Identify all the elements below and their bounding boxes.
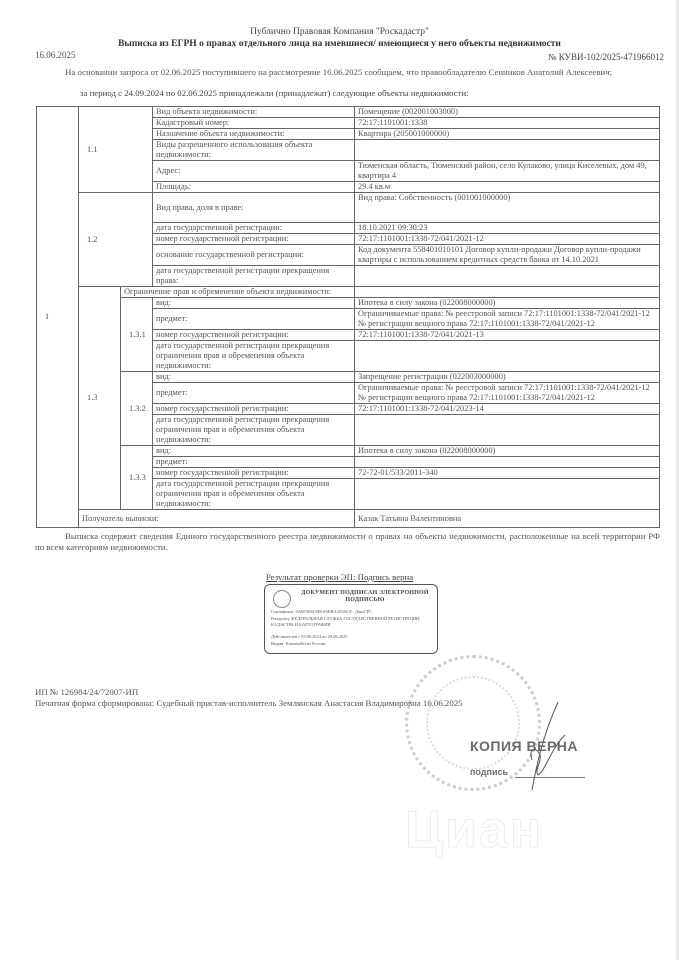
field-value: 72:17:1101001:1338-72/041/2021-12 — [355, 234, 660, 245]
field-value: Запрещение регистрации (022003000000) — [355, 372, 660, 383]
issuer-line: Выдан: Казначейство России — [271, 641, 325, 647]
electronic-signature-box: ДОКУМЕНТ ПОДПИСАН ЭЛЕКТРОННОЙ ПОДПИСЬЮ С… — [264, 584, 438, 654]
signature-verify-text: Результат проверки ЭП: Подпись верна — [0, 572, 679, 582]
field-value — [355, 479, 660, 510]
field-value: Помещение (002001003000) — [355, 107, 660, 118]
signature-label: подпись — [470, 767, 508, 777]
field-value — [355, 287, 660, 298]
table-row: 1.2 Вид права, доля в праве: Вид права: … — [37, 193, 660, 223]
field-label: Виды разрешенного использования объекта … — [153, 140, 355, 161]
field-label: предмет: — [153, 383, 355, 404]
field-value: Код документа 558401010101 Договор купли… — [355, 245, 660, 266]
field-value: Ограничиваемые права: № реестровой запис… — [355, 383, 660, 404]
field-value: Вид права: Собственность (001001000000) — [355, 193, 660, 223]
field-value: Ограничиваемые права: № реестровой запис… — [355, 309, 660, 330]
period-text: за период с 24.09.2024 по 02.06.2025 при… — [80, 88, 469, 98]
row-number: 1 — [37, 107, 79, 528]
document-page: Публично Правовая Компания "Роскадастр" … — [0, 0, 679, 960]
field-value: 72:17:1101001:1338-72/041/2023-14 — [355, 404, 660, 415]
section-number-1-3: 1.3 — [79, 287, 121, 510]
registry-table: 1 1.1 Вид объекта недвижимости: Помещени… — [36, 106, 660, 528]
field-label: Адрес: — [153, 161, 355, 182]
field-label: предмет: — [153, 309, 355, 330]
field-label: дата государственной регистрации прекращ… — [153, 341, 355, 372]
emblem-icon — [273, 590, 291, 608]
field-label: Кадастровый номер: — [153, 118, 355, 129]
field-label: вид: — [153, 298, 355, 309]
field-label: номер государственной регистрации: — [153, 468, 355, 479]
field-label: основание государственной регистрации: — [153, 245, 355, 266]
cian-watermark: Циан — [405, 800, 543, 860]
recipient-value: Казак Татьяна Валентиновна — [355, 510, 660, 528]
field-label: номер государственной регистрации: — [153, 330, 355, 341]
recipient-label: Получатель выписки: — [79, 510, 355, 528]
field-value: Тюменская область, Тюменский район, село… — [355, 161, 660, 182]
owner-line: Владелец: ФЕДЕРАЛЬНАЯ СЛУЖБА ГОСУДАРСТВЕ… — [271, 616, 431, 628]
document-date: 16.06.2025 — [35, 50, 76, 60]
document-title: Выписка из ЕГРН о правах отдельного лица… — [0, 39, 679, 49]
footnote-text: Выписка содержит сведения Единого госуда… — [35, 531, 660, 553]
field-value: Квартира (205001000000) — [355, 129, 660, 140]
intro-text: На основании запроса от 02.06.2025 посту… — [35, 67, 660, 78]
field-value — [355, 140, 660, 161]
field-label: номер государственной регистрации: — [153, 404, 355, 415]
field-label: дата государственной регистрации прекращ… — [153, 266, 355, 287]
subsection-number-1-3-3: 1.3.3 — [121, 446, 153, 510]
field-label: Назначение объекта недвижимости: — [153, 129, 355, 140]
field-value: Ипотека в силу закона (022008000000) — [355, 446, 660, 457]
field-label: дата государственной регистрации прекращ… — [153, 479, 355, 510]
field-label: Вид права, доля в праве: — [153, 193, 355, 223]
field-label: Площадь: — [153, 182, 355, 193]
document-number: № КУВИ-102/2025-471966012 — [548, 52, 664, 62]
table-row: Получатель выписки: Казак Татьяна Валент… — [37, 510, 660, 528]
table-row: 1.3.1 вид: Ипотека в силу закона (022008… — [37, 298, 660, 309]
section-number-1-1: 1.1 — [79, 107, 153, 193]
field-value: Ипотека в силу закона (022008000000) — [355, 298, 660, 309]
field-label: Ограничение прав и обременение объекта н… — [121, 287, 355, 298]
table-row: 1.3.3 вид: Ипотека в силу закона (022008… — [37, 446, 660, 457]
table-row: 1.3.2 вид: Запрещение регистрации (02200… — [37, 372, 660, 383]
field-value: 72-72-01/533/2011-340 — [355, 468, 660, 479]
section-number-1-2: 1.2 — [79, 193, 153, 287]
field-value — [355, 341, 660, 372]
field-label: Вид объекта недвижимости: — [153, 107, 355, 118]
organization-name: Публично Правовая Компания "Роскадастр" — [0, 27, 679, 37]
signature-box-title: ДОКУМЕНТ ПОДПИСАН ЭЛЕКТРОННОЙ ПОДПИСЬЮ — [295, 590, 435, 604]
field-value: 18.10.2021 09:30:23 — [355, 223, 660, 234]
field-label: вид: — [153, 446, 355, 457]
field-value: 72:17:1101001:1338-72/041/2021-13 — [355, 330, 660, 341]
field-label: дата государственной регистрации прекращ… — [153, 415, 355, 446]
field-value — [355, 266, 660, 287]
field-value: 29.4 кв.м — [355, 182, 660, 193]
field-label: номер государственной регистрации: — [153, 234, 355, 245]
enforcement-case-number: ИП № 126984/24/72007-ИП — [35, 687, 138, 697]
handwritten-signature-icon — [520, 700, 570, 795]
table-row: 1 1.1 Вид объекта недвижимости: Помещени… — [37, 107, 660, 118]
field-value: 72:17:1101001:1338 — [355, 118, 660, 129]
printed-by-text: Печатная форма сформирована: Судебный пр… — [35, 698, 463, 708]
table-row: 1.3 Ограничение прав и обременение объек… — [37, 287, 660, 298]
field-value — [355, 457, 660, 468]
validity-line: Действителен с 05.06.2024 по 29.08.2025 — [271, 634, 347, 640]
subsection-number-1-3-2: 1.3.2 — [121, 372, 153, 446]
certificate-line: Сертификат: 0A8F5E6C6F6A6EBA45A6CF : Даш… — [271, 609, 372, 615]
subsection-number-1-3-1: 1.3.1 — [121, 298, 153, 372]
field-label: вид: — [153, 372, 355, 383]
field-label: предмет: — [153, 457, 355, 468]
field-value — [355, 415, 660, 446]
field-label: дата государственной регистрации: — [153, 223, 355, 234]
